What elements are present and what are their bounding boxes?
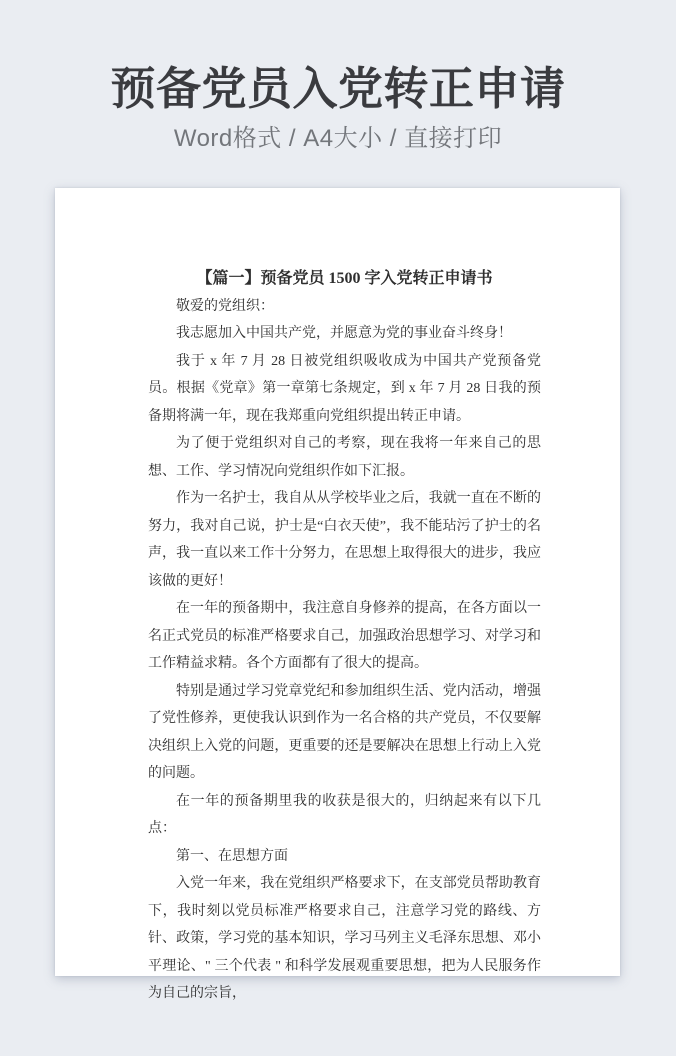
- document-paragraph: 我志愿加入中国共产党，并愿意为党的事业奋斗终身！: [148, 320, 541, 348]
- document-content: 【篇一】预备党员 1500 字入党转正申请书 敬爱的党组织： 我志愿加入中国共产…: [148, 265, 541, 1008]
- document-heading: 【篇一】预备党员 1500 字入党转正申请书: [148, 265, 541, 293]
- poster-root: 预备党员入党转正申请 Word格式 / A4大小 / 直接打印 【篇一】预备党员…: [0, 0, 676, 1056]
- poster-title: 预备党员入党转正申请: [0, 62, 676, 116]
- document-paragraph: 在一年的预备期里我的收获是很大的，归纳起来有以下几点：: [148, 788, 541, 843]
- document-paragraph: 入党一年来，我在党组织严格要求下，在支部党员帮助教育下，我时刻以党员标准严格要求…: [148, 870, 541, 1008]
- document-paragraph: 为了便于党组织对自己的考察，现在我将一年来自己的思想、工作、学习情况向党组织作如…: [148, 430, 541, 485]
- document-paragraph: 我于 x 年 7 月 28 日被党组织吸收成为中国共产党预备党员。根据《党章》第…: [148, 348, 541, 431]
- document-paragraph: 第一、在思想方面: [148, 843, 541, 871]
- document-page: 【篇一】预备党员 1500 字入党转正申请书 敬爱的党组织： 我志愿加入中国共产…: [55, 188, 620, 976]
- poster-subtitle: Word格式 / A4大小 / 直接打印: [0, 123, 676, 155]
- document-paragraph: 敬爱的党组织：: [148, 293, 541, 321]
- document-paragraph: 作为一名护士，我自从从学校毕业之后，我就一直在不断的努力，我对自己说，护士是“白…: [148, 485, 541, 595]
- document-paragraph: 在一年的预备期中，我注意自身修养的提高，在各方面以一名正式党员的标准严格要求自己…: [148, 595, 541, 678]
- document-paragraph: 特别是通过学习党章党纪和参加组织生活、党内活动，增强了党性修养，更使我认识到作为…: [148, 678, 541, 788]
